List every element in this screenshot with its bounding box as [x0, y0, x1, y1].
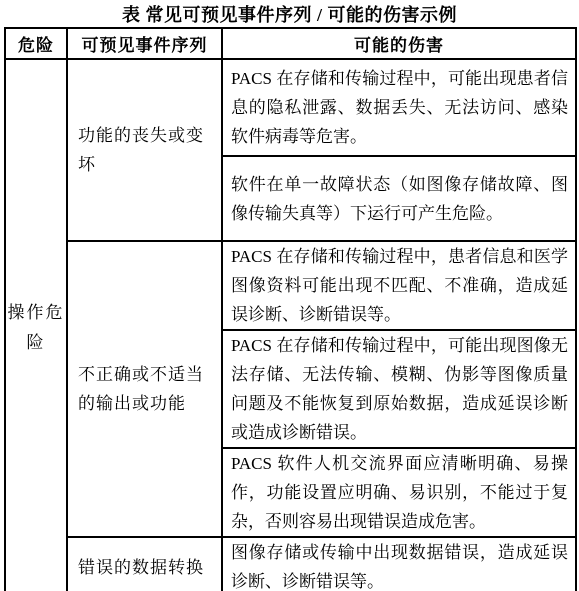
table-row: 操作危险 功能的丧失或变坏 PACS 在存储和传输过程中，可能出现患者信息的隐私… [5, 59, 576, 156]
hazard-table: 危险 可预见事件序列 可能的伤害 操作危险 功能的丧失或变坏 PACS 在存储和… [4, 27, 577, 591]
hazard-cell: 操作危险 [5, 59, 67, 591]
header-hazard: 危险 [5, 28, 67, 59]
header-sequence: 可预见事件序列 [67, 28, 222, 59]
table-title: 表 常见可预见事件序列 / 可能的伤害示例 [0, 0, 579, 27]
harm-cell-mismatch: PACS 在存储和传输过程中，患者信息和医学图像资料可能出现不匹配、不准确，造成… [222, 241, 576, 330]
table-row: 不正确或不适当的输出或功能 PACS 在存储和传输过程中，患者信息和医学图像资料… [5, 241, 576, 330]
sequence-cell-wrong-data-conversion: 错误的数据转换 [67, 537, 222, 591]
document-page: 表 常见可预见事件序列 / 可能的伤害示例 危险 可预见事件序列 可能的伤害 操… [0, 0, 579, 591]
header-row: 危险 可预见事件序列 可能的伤害 [5, 28, 576, 59]
harm-cell-single-fault: 软件在单一故障状态（如图像存储故障、图像传输失真等）下运行可产生危险。 [222, 156, 576, 241]
table-row: 错误的数据转换 图像存储或传输中出现数据错误，造成延误诊断、诊断错误等。 [5, 537, 576, 591]
sequence-cell-loss-of-function: 功能的丧失或变坏 [67, 59, 222, 241]
sequence-cell-incorrect-output: 不正确或不适当的输出或功能 [67, 241, 222, 537]
harm-cell-ui-clarity: PACS 软件人机交流界面应清晰明确、易操作，功能设置应明确、易识别，不能过于复… [222, 448, 576, 537]
header-harm: 可能的伤害 [222, 28, 576, 59]
harm-cell-privacy-leak: PACS 在存储和传输过程中，可能出现患者信息的隐私泄露、数据丢失、无法访问、感… [222, 59, 576, 156]
harm-cell-data-error: 图像存储或传输中出现数据错误，造成延误诊断、诊断错误等。 [222, 537, 576, 591]
harm-cell-image-quality: PACS 在存储和传输过程中，可能出现图像无法存储、无法传输、模糊、伪影等图像质… [222, 330, 576, 448]
